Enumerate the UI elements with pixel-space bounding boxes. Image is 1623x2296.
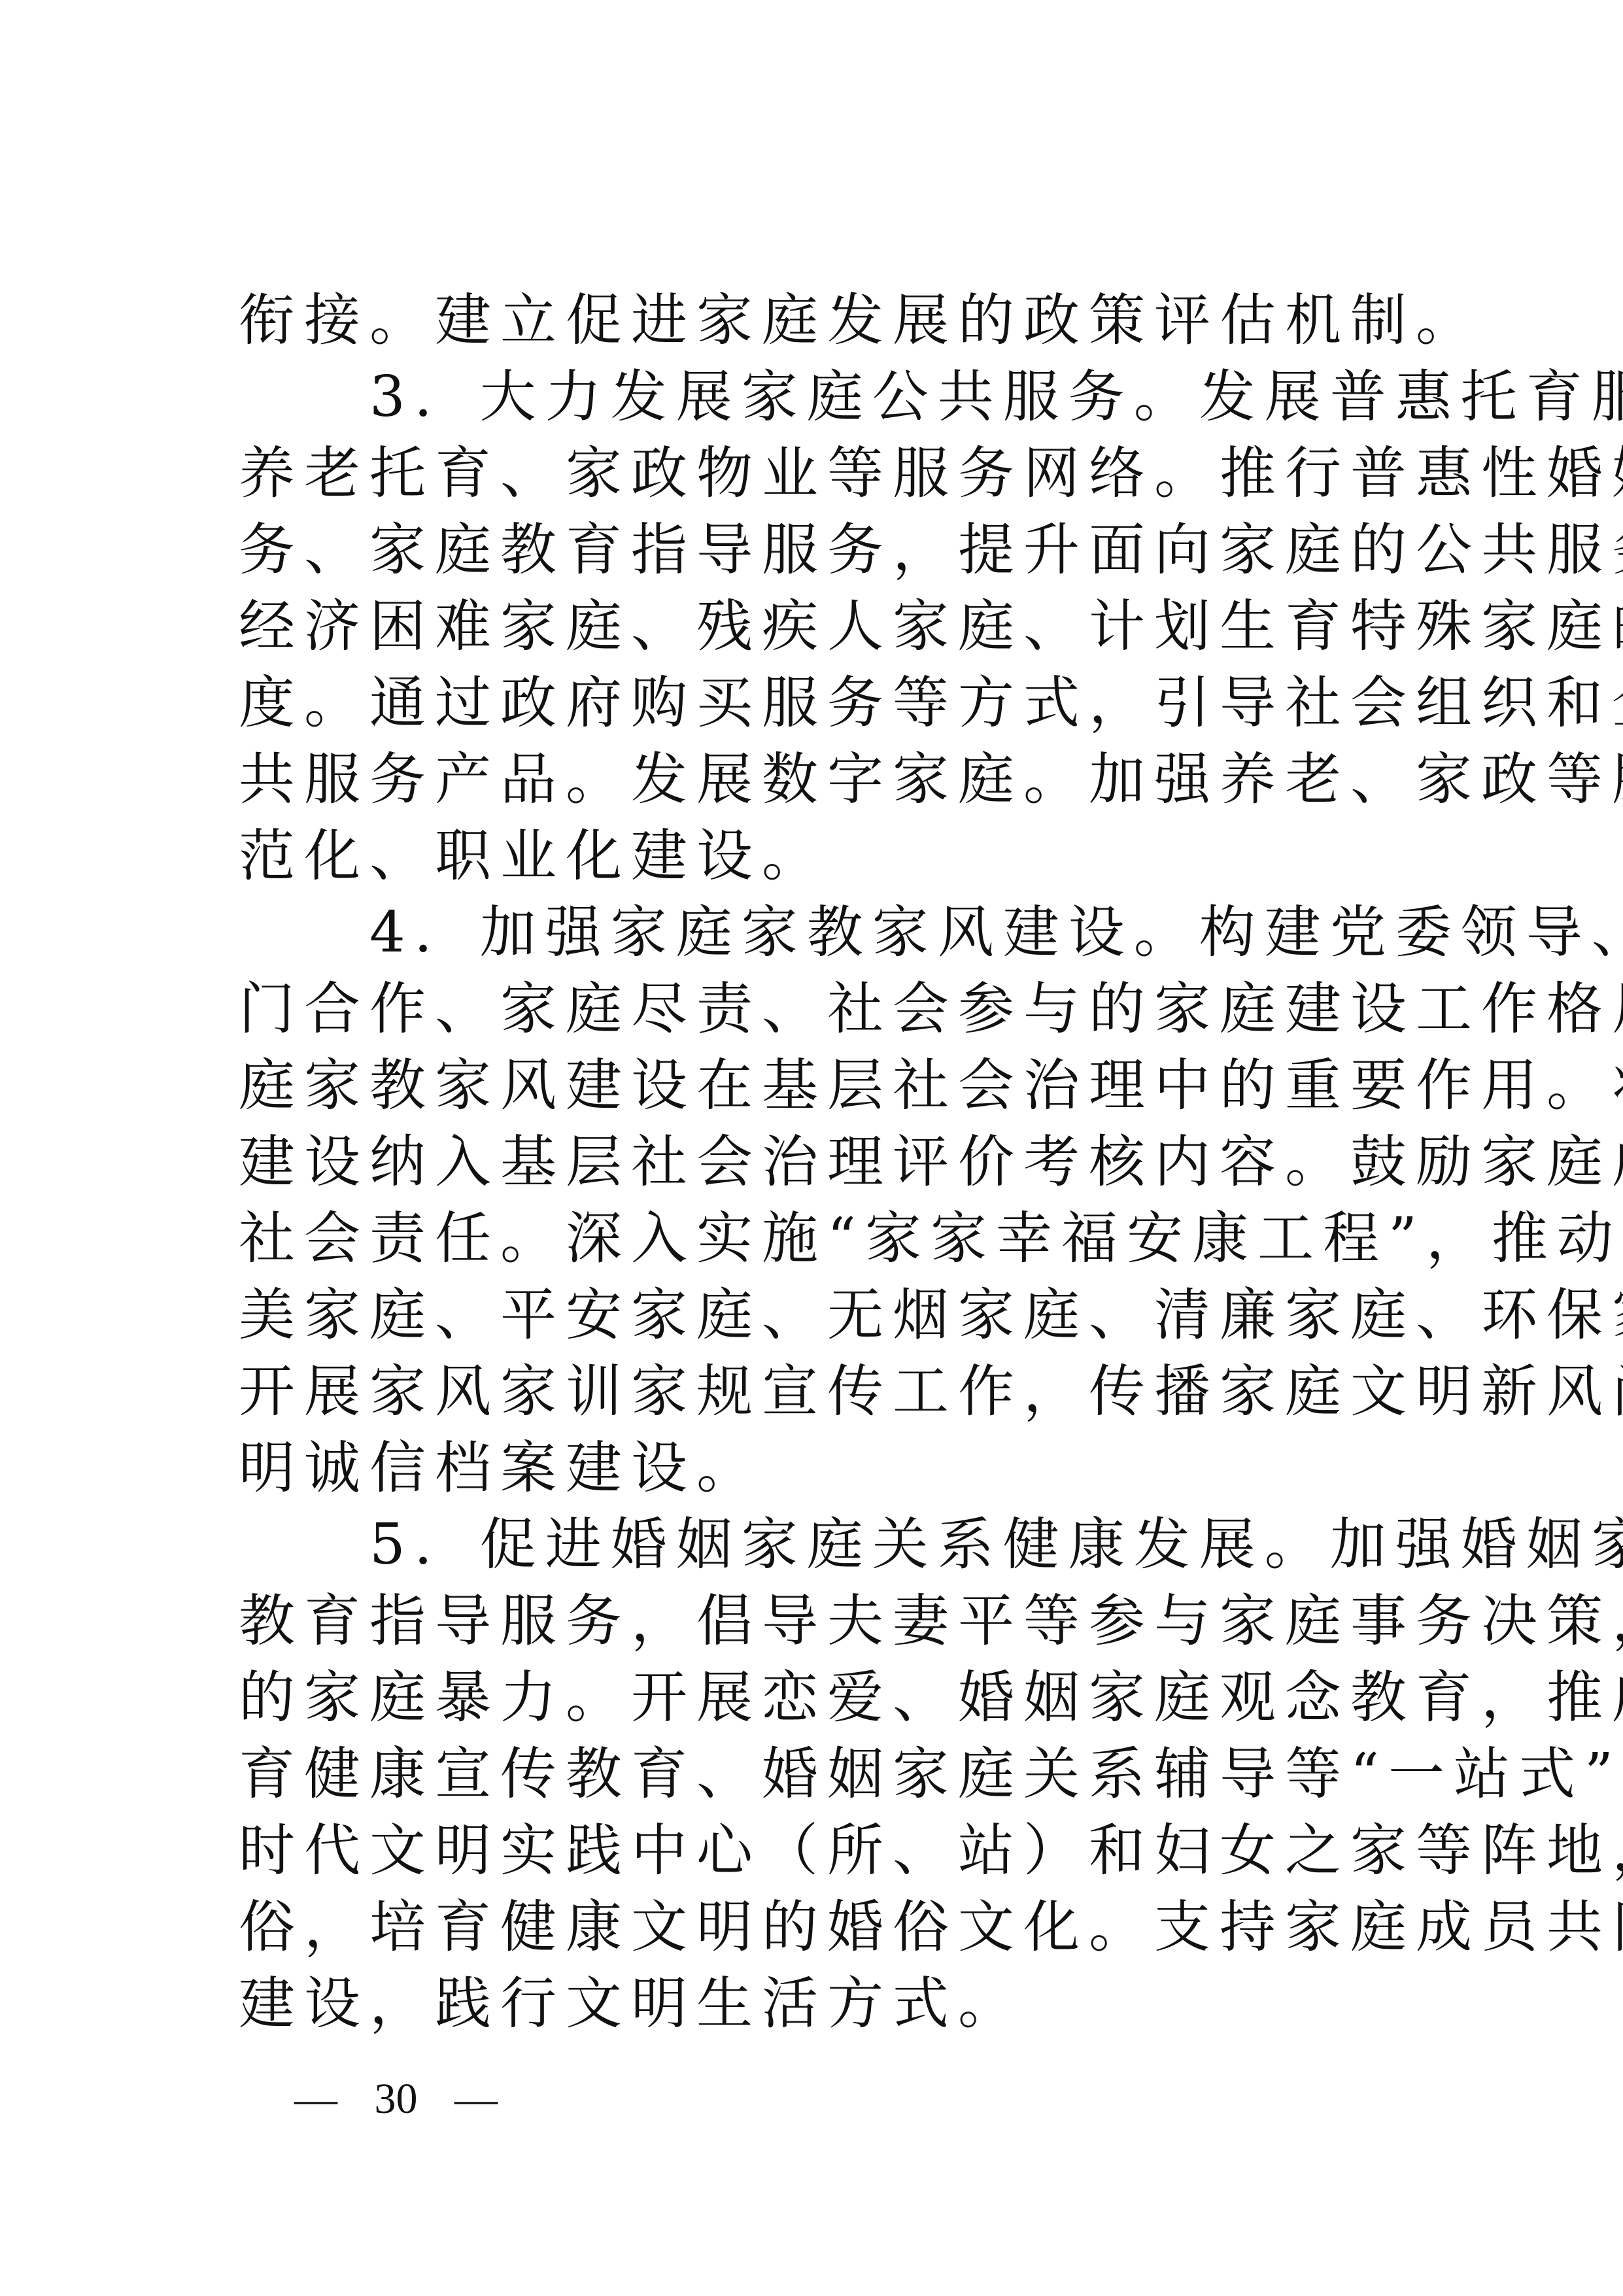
text-line: 度。通过政府购买服务等方式，引导社会组织和企业提供家庭公 xyxy=(239,665,1422,742)
text-line: 俗，培育健康文明的婚俗文化。支持家庭成员共同参与健康环境 xyxy=(239,1889,1422,1966)
text-line: 经济困难家庭、残疾人家庭、计划生育特殊家庭的帮扶保障力 xyxy=(239,589,1422,665)
text-line: 庭家教家风建设在基层社会治理中的重要作用。将家庭家教家风 xyxy=(239,1048,1422,1124)
document-page: 衔接。建立促进家庭发展的政策评估机制。 3．大力发展家庭公共服务。发展普惠托育服… xyxy=(0,0,1623,2296)
text-line: 建设纳入基层社会治理评价考核内容。鼓励家庭成员履行家庭和 xyxy=(239,1124,1422,1201)
text-line: 明诚信档案建设。 xyxy=(239,1430,1422,1507)
text-line: 养老托育、家政物业等服务网络。推行普惠性婚姻家庭辅导服 xyxy=(239,436,1422,512)
text-line: 范化、职业化建设。 xyxy=(239,818,1422,895)
paragraph-5-heading-line: 5．促进婚姻家庭关系健康发展。加强婚姻家庭知识普及和 xyxy=(239,1507,1422,1583)
text-line: 务、家庭教育指导服务，提升面向家庭的公共服务水平。加大对 xyxy=(239,512,1422,589)
page-number: — 30 — xyxy=(294,2073,498,2125)
paragraph-4-heading-line: 4．加强家庭家教家风建设。构建党委领导、政府主导、部 xyxy=(239,895,1422,971)
text-line: 时代文明实践中心（所、站）和妇女之家等阵地，大力移风易 xyxy=(239,1813,1422,1889)
text-line: 的家庭暴力。开展恋爱、婚姻家庭观念教育，推广婚姻登记、婚 xyxy=(239,1660,1422,1736)
text-line: 美家庭、平安家庭、无烟家庭、清廉家庭、环保家庭建设。持续 xyxy=(239,1277,1422,1354)
text-line: 教育指导服务，倡导夫妻平等参与家庭事务决策，反对一切形式 xyxy=(239,1583,1422,1660)
text-line: 育健康宣传教育、婚姻家庭关系辅导等“一站式”服务。依托新 xyxy=(239,1736,1422,1813)
text-line: 社会责任。深入实施“家家幸福安康工程”，推动文明家庭、最 xyxy=(239,1201,1422,1277)
paragraph-3-heading-line: 3．大力发展家庭公共服务。发展普惠托育服务，完善社区 xyxy=(239,359,1422,436)
text-line: 共服务产品。发展数字家庭。加强养老、家政等服务业发展的规 xyxy=(239,742,1422,818)
text-line: 门合作、家庭尽责、社会参与的家庭建设工作格局，充分发挥家 xyxy=(239,971,1422,1048)
text-line: 衔接。建立促进家庭发展的政策评估机制。 xyxy=(239,283,1422,359)
body-text: 衔接。建立促进家庭发展的政策评估机制。 3．大力发展家庭公共服务。发展普惠托育服… xyxy=(239,283,1422,2042)
text-line: 建设，践行文明生活方式。 xyxy=(239,1966,1422,2042)
text-line: 开展家风家训家规宣传工作，传播家庭文明新风尚。推进家庭文 xyxy=(239,1354,1422,1430)
